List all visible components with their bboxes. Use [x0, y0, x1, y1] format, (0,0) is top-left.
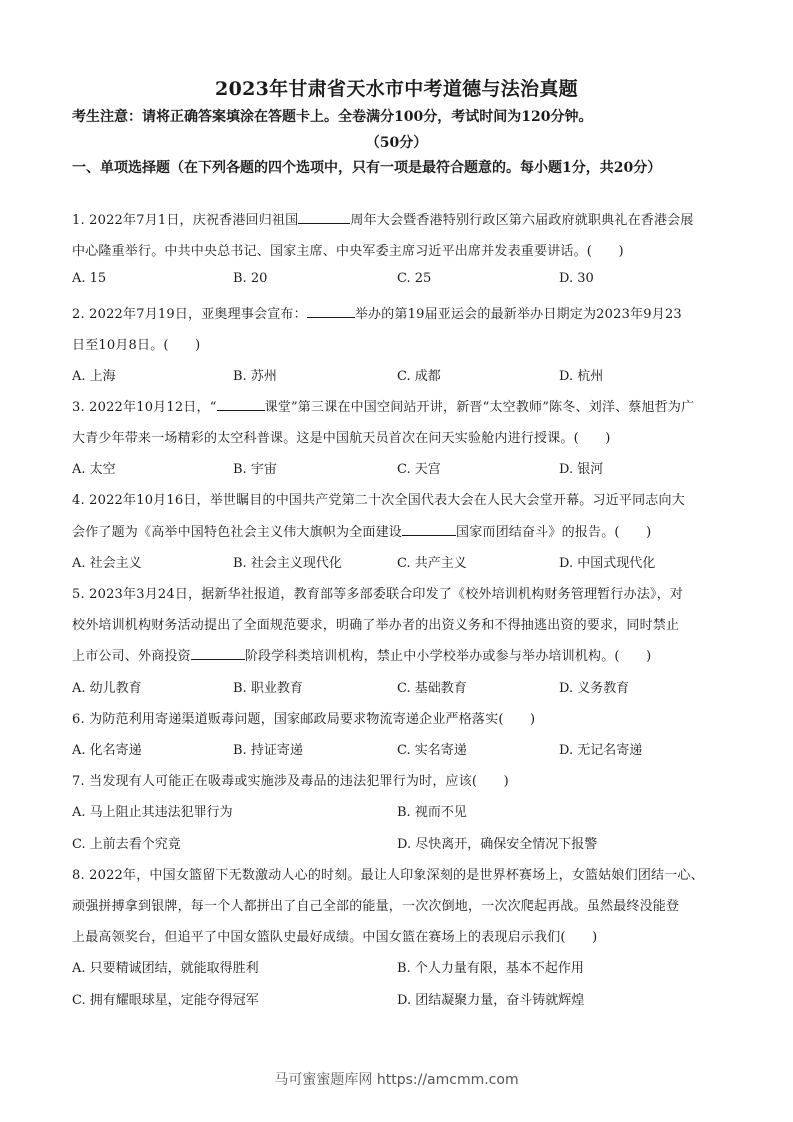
exam-notice: 考生注意：请将正确答案填涂在答题卡上。全卷满分100分，考试时间为120分钟。: [72, 106, 592, 126]
question-text: 国家而团结奋斗》的报告。( ): [456, 525, 651, 540]
question-text: 2. 2022年7月19日，亚奥理事会宣布：: [72, 307, 307, 322]
question-5-line-1: 5. 2023年3月24日，据新华社报道，教育部等多部委联合印发了《校外培训机构…: [72, 583, 683, 602]
question-text: 周年大会暨香港特别行政区第六届政府就职典礼在香港会展: [350, 213, 693, 228]
question-5-line-3: 上市公司、外商投资阶段学科类培训机构，禁止中小学校举办或参与举办培训机构。( ): [72, 645, 651, 664]
question-7-option-d: D. 尽快离开，确保安全情况下报警: [397, 833, 597, 852]
fill-blank: [298, 211, 350, 224]
question-8-option-a: A. 只要精诚团结，就能取得胜利: [72, 957, 259, 976]
question-6-option-d: D. 无记名寄递: [559, 739, 642, 758]
question-3-line-1: 3. 2022年10月12日，“课堂”第三课在中国空间站开讲，新晋“太空教师”陈…: [72, 396, 694, 415]
question-3-option-d: D. 银河: [559, 458, 603, 477]
question-4-line-1: 4. 2022年10月16日，举世瞩目的中国共产党第二十次全国代表大会在人民大会…: [72, 489, 685, 508]
question-3-line-2: 大青少年带来一场精彩的太空科普课。这是中国航天员首次在问天实验舱内进行授课。( …: [72, 427, 611, 446]
watermark-footer: 马可蜜蜜题库网 https://amcmm.com: [0, 1069, 793, 1089]
question-2-option-d: D. 杭州: [559, 365, 603, 384]
question-7-option-b: B. 视而不见: [397, 801, 467, 820]
question-1-option-b: B. 20: [233, 271, 267, 286]
question-text: 3. 2022年10月12日，“: [72, 400, 217, 415]
question-5-line-2: 校外培训机构财务活动提出了全面规范要求，明确了举办者的出资义务和不得抽逃出资的要…: [72, 614, 679, 633]
exam-page: 2023年甘肃省天水市中考道德与法治真题 考生注意：请将正确答案填涂在答题卡上。…: [0, 0, 793, 1122]
question-8-option-b: B. 个人力量有限，基本不起作用: [397, 957, 584, 976]
question-7-line-1: 7. 当发现有人可能正在吸毒或实施涉及毒品的违法犯罪行为时，应该( ): [72, 770, 509, 789]
question-text: 举办的第19届亚运会的最新举办日期定为2023年9月23: [355, 307, 682, 322]
question-text: 课堂”第三课在中国空间站开讲，新晋“太空教师”陈冬、刘洋、蔡旭哲为广: [265, 400, 695, 415]
question-1-line-1: 1. 2022年7月1日，庆祝香港回归祖国周年大会暨香港特别行政区第六届政府就职…: [72, 209, 694, 228]
fill-blank: [402, 523, 456, 536]
section-heading: 一、单项选择题（在下列各题的四个选项中，只有一项是最符合题意的。每小题1分，共2…: [72, 157, 722, 179]
question-5-option-b: B. 职业教育: [233, 677, 303, 696]
part-score: （50分）: [0, 132, 793, 152]
question-5-option-c: C. 基础教育: [397, 677, 467, 696]
page-title: 2023年甘肃省天水市中考道德与法治真题: [0, 74, 793, 101]
question-8-line-1: 8. 2022年，中国女篮留下无数激动人心的时刻。最让人印象深刻的是世界杯赛场上…: [72, 864, 704, 883]
question-5-option-d: D. 义务教育: [559, 677, 629, 696]
question-2-line-2: 日至10月8日。( ): [72, 334, 200, 353]
question-4-option-a: A. 社会主义: [72, 552, 142, 571]
question-4-option-d: D. 中国式现代化: [559, 552, 655, 571]
question-4-line-2: 会作了题为《高举中国特色社会主义伟大旗帜为全面建设国家而团结奋斗》的报告。( ): [72, 521, 651, 540]
question-2-option-a: A. 上海: [72, 365, 116, 384]
question-3-option-c: C. 天宫: [397, 458, 441, 477]
fill-blank: [191, 647, 245, 660]
question-6-option-b: B. 持证寄递: [233, 739, 303, 758]
question-6-option-c: C. 实名寄递: [397, 739, 467, 758]
question-text: 上市公司、外商投资: [72, 649, 191, 664]
question-1-line-2: 中心隆重举行。中共中央总书记、国家主席、中央军委主席习近平出席并发表重要讲话。(…: [72, 240, 624, 259]
question-7-option-c: C. 上前去看个究竟: [72, 833, 181, 852]
question-3-option-a: A. 太空: [72, 458, 116, 477]
question-2-line-1: 2. 2022年7月19日，亚奥理事会宣布：举办的第19届亚运会的最新举办日期定…: [72, 303, 682, 322]
question-4-option-b: B. 社会主义现代化: [233, 552, 342, 571]
question-8-option-c: C. 拥有耀眼球星，定能夺得冠军: [72, 989, 259, 1008]
fill-blank: [217, 398, 265, 411]
fill-blank: [307, 305, 355, 318]
question-2-option-b: B. 苏州: [233, 365, 277, 384]
question-2-option-c: C. 成都: [397, 365, 441, 384]
question-6-line-1: 6. 为防范利用寄递渠道贩毒问题，国家邮政局要求物流寄递企业严格落实( ): [72, 708, 535, 727]
question-8-line-2: 顽强拼搏拿到银牌，每一个人都拼出了自己全部的能量，一次次倒地，一次次爬起再战。虽…: [72, 895, 679, 914]
question-1-option-a: A. 15: [72, 271, 106, 286]
question-7-option-a: A. 马上阻止其违法犯罪行为: [72, 801, 233, 820]
question-8-line-3: 上最高领奖台，但追平了中国女篮队史最好成绩。中国女篮在赛场上的表现启示我们( ): [72, 926, 597, 945]
question-text: 会作了题为《高举中国特色社会主义伟大旗帜为全面建设: [72, 525, 402, 540]
question-text: 1. 2022年7月1日，庆祝香港回归祖国: [72, 213, 298, 228]
question-1-option-d: D. 30: [559, 271, 594, 286]
question-8-option-d: D. 团结凝聚力量，奋斗铸就辉煌: [397, 989, 584, 1008]
question-1-option-c: C. 25: [397, 271, 431, 286]
question-4-option-c: C. 共产主义: [397, 552, 467, 571]
question-text: 阶段学科类培训机构，禁止中小学校举办或参与举办培训机构。( ): [245, 649, 652, 664]
question-5-option-a: A. 幼儿教育: [72, 677, 142, 696]
question-6-option-a: A. 化名寄递: [72, 739, 142, 758]
question-3-option-b: B. 宇宙: [233, 458, 277, 477]
